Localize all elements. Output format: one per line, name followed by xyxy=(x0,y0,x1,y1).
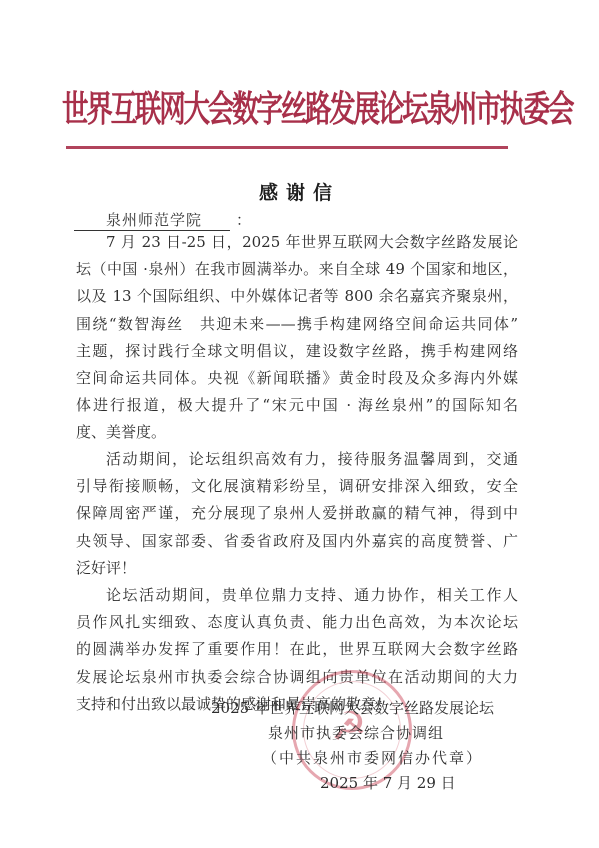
text-line: 员作风扎实细致、态度认真负责、能力出色高效，为本次论坛 xyxy=(76,609,518,636)
signature-organization: 2025 年世界互联网大会数字丝路发展论坛 xyxy=(211,697,494,718)
text-line: 引导衔接顺畅，文化展演精彩纷呈，调研安排深入细致，安全 xyxy=(76,473,518,500)
recipient-colon: ： xyxy=(236,211,251,229)
recipient-line: 泉州师范学院： xyxy=(74,209,251,231)
letterhead-organization: 世界互联网大会数字丝路发展论坛泉州市执委会 xyxy=(62,78,512,143)
signature-proxy-seal-note: （中共泉州市委网信办代章） xyxy=(262,747,483,768)
text-line: 保障周密严谨，充分展现了泉州人爱拼敢赢的精气神，得到中 xyxy=(76,500,518,527)
letter-title: 感谢信 xyxy=(0,178,599,205)
paragraph-2: 活动期间，论坛组织高效有力，接待服务温馨周到，交通 引导衔接顺畅，文化展演精彩纷… xyxy=(76,446,518,582)
text-line: 发展论坛泉州市执委会综合协调组向贵单位在活动期间的大力 xyxy=(76,664,518,691)
signature-group: 泉州市执委会综合协调组 xyxy=(268,722,444,743)
text-line: 主题，探讨践行全球文明倡议，建设数字丝路，携手构建网络 xyxy=(76,338,518,365)
text-line: 7 月 23 日-25 日，2025 年世界互联网大会数字丝路发展论 xyxy=(76,229,518,256)
text-line: 的圆满举办发挥了重要作用！在此，世界互联网大会数字丝路 xyxy=(76,636,518,663)
paragraph-1: 7 月 23 日-25 日，2025 年世界互联网大会数字丝路发展论 坛（中国 … xyxy=(76,229,518,447)
recipient-name: 泉州师范学院 xyxy=(74,210,230,231)
letterhead-divider xyxy=(66,146,508,149)
text-line: 央领导、国家部委、省委省政府及国内外嘉宾的高度赞誉、广 xyxy=(76,528,518,555)
text-line: 坛（中国 ·泉州）在我市圆满举办。来自全球 49 个国家和地区， xyxy=(76,256,518,283)
text-line: 活动期间，论坛组织高效有力，接待服务温馨周到，交通 xyxy=(76,446,518,473)
text-line: 体进行报道，极大提升了“宋元中国 · 海丝泉州”的国际知名 xyxy=(76,392,518,419)
text-line: 泛好评！ xyxy=(76,555,518,582)
text-line: 度、美誉度。 xyxy=(76,419,518,446)
text-line: 空间命运共同体。央视《新闻联播》黄金时段及众多海内外媒 xyxy=(76,365,518,392)
text-line: 论坛活动期间，贵单位鼎力支持、通力协作，相关工作人 xyxy=(76,582,518,609)
signature-date: 2025 年 7 月 29 日 xyxy=(320,772,456,793)
text-line: 以及 13 个国际组织、中外媒体记者等 800 余名嘉宾齐聚泉州， xyxy=(76,283,518,310)
text-line: 围绕“数智海丝 共迎未来——携手构建网络空间命运共同体” xyxy=(76,311,518,338)
